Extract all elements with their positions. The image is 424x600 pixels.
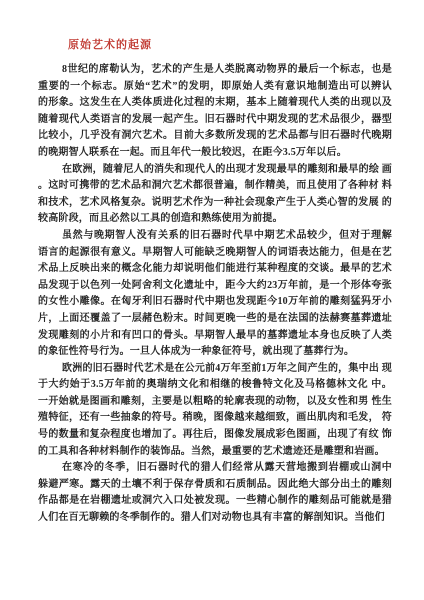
text-line: 的晚期智人联系在一起。而且年代一般比较迟，在距今3.5万年以后。 [38,145,392,162]
text-line: 比较小，几乎没有洞穴艺术。目前大多数所发现的艺术品都与旧石器时代晚期 [38,128,392,145]
paragraph: 8世纪的席勒认为，艺术的产生是人类脱离动物界的最后一个标志，也是最 重要的一个标… [38,62,392,162]
text-line: 在寒冷的冬季，旧石器时代的猎人们经常从露天营地搬到岩棚或山洞中 [38,460,392,477]
text-line: 的工具和各种材料制作的装饰品。当然，最重要的艺术遗迹还是雕塑和岩画。 [38,444,392,461]
text-line: 虽然与晚期智人没有关系的旧石器时代早中期艺术品较少，但对于理解 [38,228,392,245]
text-line: 的女性小雕像。在匈牙利旧石器时代中期也发现距今10万年前的雕刻猛犸牙小 [38,294,392,311]
text-line: 随着现代人类语言的发展一起产生。旧石器时代中期发现的艺术品很少，器型 [38,112,392,129]
text-line: 的象征性符号行为。一旦人体成为一种象征符号，就出现了墓葬行为。 [38,344,392,361]
text-line: 语言的起源很有意义。早期智人可能缺乏晚期智人的词语表达能力，但是在艺 [38,245,392,262]
page-title: 原始艺术的起源 [68,39,392,52]
text-line: 号的数量和复杂程度也增加了。再往后，图像发展成彩色图画，出现了有纹 饰 [38,427,392,444]
text-line: 和技术，艺术风格复杂。说明艺术作为一种社会现象产生于人类心智的发展 的 [38,195,392,212]
text-line: 人们在百无聊赖的冬季制作的。猎人们对动物也具有丰富的解剖知识。当他们 [38,510,392,527]
text-line: 品发现于以色列一处阿舍利文化遗址中，距今大约23万年前，是一个形体夸张 [38,278,392,295]
text-line: 在欧洲，随着尼人的消失和现代人的出现才发现最早的雕刻和最早的绘 画 [38,162,392,179]
text-line: 发现雕刻的小片和有凹口的骨头。早期智人最早的墓葬遗址本身也反映了人类 [38,328,392,345]
text-line: 的形象。这发生在人类体质进化过程的末期，基本上随着现代人类的出现以及 [38,95,392,112]
text-line: 于大约始于3.5万年前的奥瑞纳文化和相继的梭鲁特文化及马格德林文化 中。 [38,377,392,394]
text-line: 术品上反映出来的概念化能力却说明他们能进行某种程度的交谈。最早的艺术 [38,261,392,278]
text-line: 欧洲的旧石器时代艺术是在公元前4万年至前1万年之间产生的，集中出 现 [38,361,392,378]
text-line: 躲避严寒。露天的土壤不利于保存骨质和石质制品。因此绝大部分出土的雕刻 [38,477,392,494]
paragraph: 在寒冷的冬季，旧石器时代的猎人们经常从露天营地搬到岩棚或山洞中 躲避严寒。露天的… [38,460,392,526]
text-line: 。这时可携带的艺术品和洞穴艺术都很普遍，制作精美，而且使用了各种材 料 [38,178,392,195]
paragraph: 在欧洲，随着尼人的消失和现代人的出现才发现最早的雕刻和最早的绘 画 。这时可携带… [38,162,392,228]
text-line: 重要的一个标志。原始“艺术”的发明，即原始人类有意识地制造出可以辨认 [38,79,392,96]
text-line: 作品都是在岩棚遗址或洞穴入口处被发现。一些精心制作的雕刻品可能就是猎 [38,493,392,510]
document-page: 原始艺术的起源 8世纪的席勒认为，艺术的产生是人类脱离动物界的最后一个标志，也是… [0,0,424,600]
text-line: 殖特征，还有一些抽象的符号。稍晚，图像越来越细致，画出肌肉和毛发， 符 [38,410,392,427]
document-content: 原始艺术的起源 8世纪的席勒认为，艺术的产生是人类脱离动物界的最后一个标志，也是… [38,39,392,527]
text-line: 片，上面还覆盖了一层赭色粉末。时间更晚一些的是在法国的法赫赛墓葬遗址 [38,311,392,328]
text-line: 8世纪的席勒认为，艺术的产生是人类脱离动物界的最后一个标志，也是最 [38,62,392,79]
text-line: 较高阶段，而且必然以工具的创造和熟练使用为前提。 [38,211,392,228]
paragraph: 欧洲的旧石器时代艺术是在公元前4万年至前1万年之间产生的，集中出 现 于大约始于… [38,361,392,461]
paragraph: 虽然与晚期智人没有关系的旧石器时代早中期艺术品较少，但对于理解 语言的起源很有意… [38,228,392,361]
text-line: 一开始就是图画和雕刻，主要是以粗略的轮廓表现的动物，以及女性和男 性生 [38,394,392,411]
